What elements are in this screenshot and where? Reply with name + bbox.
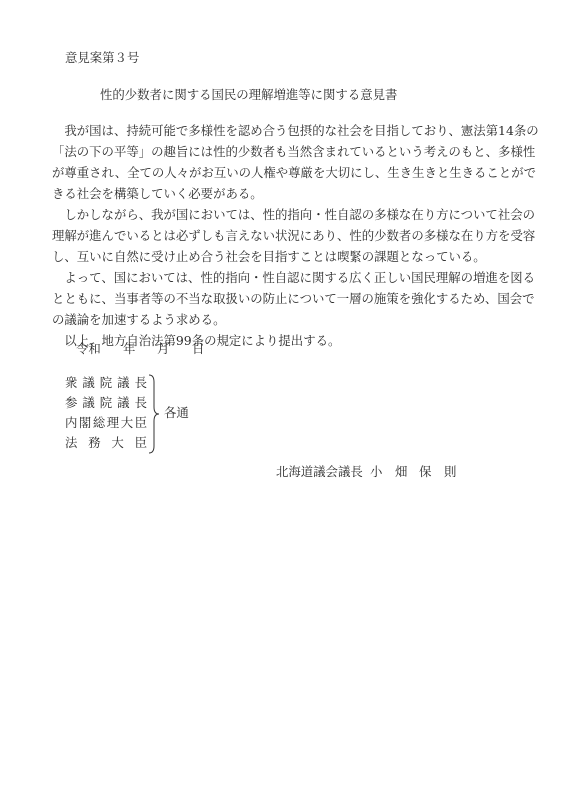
signature-name-char: 保 — [419, 465, 431, 479]
body-line: の議論を加速するよう求める。 — [52, 309, 512, 330]
recipient-prime-minister: 内 閣 総 理 大 臣 — [65, 416, 147, 436]
document-number: 意見案第３号 — [65, 51, 139, 65]
body-line: しかしながら、我が国においては、性的指向・性自認の多様な在り方について社会の — [52, 204, 512, 225]
signature-title: 北海道議会議長 — [276, 465, 363, 479]
signature-name-char: 小 — [370, 465, 382, 479]
char: 務 — [88, 436, 100, 456]
char: 長 — [135, 396, 147, 416]
char: 院 — [100, 396, 112, 416]
recipient-house-of-councillors-president: 参 議 院 議 長 — [65, 396, 147, 416]
char: 臣 — [135, 416, 147, 436]
char: 議 — [117, 376, 129, 396]
body-line: 我が国は、持続可能で多様性を認め合う包摂的な社会を目指しており、憲法第14条の — [52, 120, 512, 141]
recipients-suffix: 各通 — [164, 406, 189, 420]
body-line: 理解が進んでいるとは必ずしも言えない状況にあり、性的少数者の多様な在り方を受容 — [52, 225, 512, 246]
char: 衆 — [65, 376, 77, 396]
char: 法 — [65, 436, 77, 456]
date-month: 月 — [157, 342, 169, 356]
char: 議 — [82, 396, 94, 416]
char: 大 — [121, 416, 133, 436]
body-line: し、互いに自然に受け止め合う社会を目指すことは喫緊の課題となっている。 — [52, 246, 512, 267]
body-line: が尊重され、全ての人々がお互いの人権や尊厳を大切にし、生き生きと生きることがで — [52, 162, 512, 183]
char: 臣 — [135, 436, 147, 456]
body-line: 「法の下の平等」の趣旨には性的少数者も当然含まれているという考えのもと、多様性 — [52, 141, 512, 162]
char: 総 — [93, 416, 105, 436]
recipient-house-of-representatives-speaker: 衆 議 院 議 長 — [65, 376, 147, 396]
document-body: 我が国は、持続可能で多様性を認め合う包摂的な社会を目指しており、憲法第14条の … — [52, 120, 512, 351]
recipient-justice-minister: 法 務 大 臣 — [65, 436, 147, 456]
char: 参 — [65, 396, 77, 416]
signature-name-char: 則 — [444, 465, 456, 479]
signature-name-char: 畑 — [395, 465, 407, 479]
body-line: とともに、当事者等の不当な取扱いの防止について一層の施策を強化するため、国会で — [52, 288, 512, 309]
recipients-list: 衆 議 院 議 長 参 議 院 議 長 内 閣 総 理 大 臣 法 務 大 臣 — [65, 376, 147, 456]
char: 議 — [117, 396, 129, 416]
right-brace-icon — [147, 374, 161, 454]
body-line: きる社会を構築していく必要がある。 — [52, 183, 512, 204]
char: 院 — [100, 376, 112, 396]
char: 内 — [65, 416, 77, 436]
date-day: 日 — [192, 342, 204, 356]
document-title: 性的少数者に関する国民の理解増進等に関する意見書 — [100, 88, 397, 102]
char: 議 — [82, 376, 94, 396]
char: 閣 — [79, 416, 91, 436]
char: 長 — [135, 376, 147, 396]
char: 理 — [107, 416, 119, 436]
body-line: 以上、地方自治法第99条の規定により提出する。 — [52, 330, 512, 351]
date-year: 年 — [123, 342, 135, 356]
char: 大 — [111, 436, 123, 456]
body-line: よって、国においては、性的指向・性自認に関する広く正しい国民理解の増進を図る — [52, 267, 512, 288]
date-era: 令和 — [76, 342, 101, 356]
